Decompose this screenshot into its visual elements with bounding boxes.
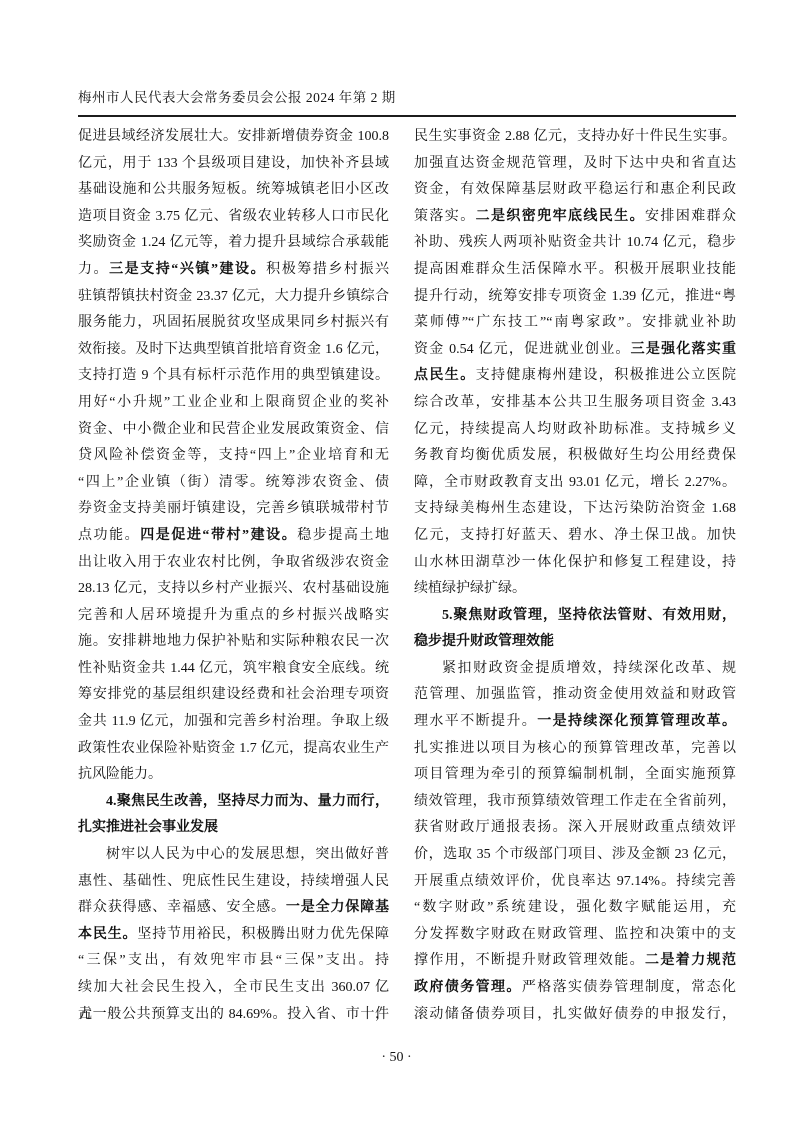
text-segment: 贷风险补偿资金等，支持“四上”企业培育和无	[78, 448, 389, 463]
text-line: 加强直达资金规范管理，及时下达中央和省直达	[414, 151, 736, 178]
text-segment: 力。	[78, 262, 109, 277]
text-segment: 惠性、基础性、兜底性民生建设，持续增强人民	[78, 874, 389, 889]
text-line: “四上”企业镇（街）清零。统筹涉农资金、债	[78, 470, 389, 497]
text-segment: 支持健康梅州建设，积极推进公立医院	[476, 368, 736, 383]
text-segment: 一是全力保障基	[286, 900, 389, 915]
text-segment: 群众获得感、幸福感、安全感。	[78, 900, 286, 915]
text-line: 4.聚焦民生改善，坚持尽力而为、量力而行，	[78, 789, 389, 816]
text-line: “数字财政”系统建设，强化数字赋能运用，充	[414, 895, 736, 922]
text-segment: 稳步提高土地	[297, 528, 389, 543]
text-segment: 扎实推进社会事业发展	[78, 820, 218, 835]
text-segment: 开展重点绩效评价，优良率达 97.14%。持续完善	[414, 874, 736, 889]
text-segment: 务教育均衡优质发展，积极做好生均公用经费保	[414, 448, 736, 463]
text-segment: 资金、中小微企业和民营企业发展政策资金、信	[78, 422, 389, 437]
page-header: 梅州市人民代表大会常务委员会公报 2024 年第 2 期	[78, 86, 736, 117]
document-page: 梅州市人民代表大会常务委员会公报 2024 年第 2 期 促进县域经济发展壮大。…	[0, 0, 793, 1122]
text-line: 力。三是支持“兴镇”建设。积极筹措乡村振兴	[78, 257, 389, 284]
text-line: “三保”支出，有效兜牢市县“三保”支出。持	[78, 948, 389, 975]
text-segment: 二是织密兜牢底线民生。	[476, 209, 645, 224]
text-segment: 绩效管理，我市预算绩效管理工作走在全省前列，	[414, 794, 736, 809]
text-line: 扎实推进以项目为核心的预算管理改革，完善以	[414, 736, 736, 763]
text-segment: 坚持节用裕民，积极腾出财力优先保障	[137, 927, 389, 942]
text-line: 综合改革，安排基本公共卫生服务项目资金 3.43	[414, 390, 736, 417]
text-segment: 政府债务管理。	[414, 980, 522, 995]
text-line: 提升行动，统筹安排专项资金 1.39 亿元，推进“粤	[414, 284, 736, 311]
text-segment: 积极筹措乡村振兴	[266, 262, 389, 277]
text-line: 资金 0.54 亿元，促进就业创业。三是强化落实重	[414, 337, 736, 364]
text-segment: 提高困难群众生活保障水平。积极开展职业技能	[414, 262, 736, 277]
text-line: 造项目资金 3.75 亿元、省级农业转移人口市民化	[78, 204, 389, 231]
text-line: 扎实推进社会事业发展	[78, 815, 389, 842]
text-line: 群众获得感、幸福感、安全感。一是全力保障基	[78, 895, 389, 922]
text-line: 完善和人居环境提升为重点的乡村振兴战略实	[78, 603, 389, 630]
page-footer: · 50 ·	[0, 1050, 793, 1066]
text-segment: 亿元，持续提高人均财政补助标准。支持城乡义	[414, 422, 736, 437]
text-segment: 二是着力规范	[645, 953, 736, 968]
text-line: 获省财政厅通报表扬。深入开展财政重点绩效评	[414, 815, 736, 842]
text-segment: 施。安排耕地地力保护补贴和实际种粮农民一次	[78, 634, 389, 649]
text-segment: 用好“小升规”工业企业和上限商贸企业的奖补	[78, 395, 389, 410]
text-line: 稳步提升财政管理效能	[414, 629, 736, 656]
text-segment: 障，全市财政教育支出 93.01 亿元，增长 2.27%。	[414, 475, 736, 490]
text-segment: 本民生。	[78, 927, 137, 942]
text-segment: “三保”支出，有效兜牢市县“三保”支出。持	[78, 953, 389, 968]
text-line: 券资金支持美丽圩镇建设，完善乡镇联城带村节	[78, 496, 389, 523]
text-line: 筹安排党的基层组织建设经费和社会治理专项资	[78, 682, 389, 709]
text-segment: 扎实推进以项目为核心的预算管理改革，完善以	[414, 741, 736, 756]
text-segment: 基础设施和公共服务短板。统筹城镇老旧小区改	[78, 182, 389, 197]
text-line: 促进县域经济发展壮大。安排新增债券资金 100.8	[78, 124, 389, 151]
text-segment: 滚动储备债券项目，扎实做好债券的申报发行，	[414, 1007, 736, 1022]
text-segment: 抗风险能力。	[78, 767, 162, 782]
text-line: 惠性、基础性、兜底性民生建设，持续增强人民	[78, 869, 389, 896]
text-line: 5.聚焦财政管理，坚持依法管财、有效用财，	[414, 603, 736, 630]
text-segment: 奖励资金 1.24 亿元等，着力提升县域综合承载能	[78, 235, 389, 250]
text-line: 点功能。四是促进“带村”建设。稳步提高土地	[78, 523, 389, 550]
left-column: 促进县域经济发展壮大。安排新增债券资金 100.8亿元，用于 133 个县级项目…	[78, 124, 389, 1028]
text-line: 效衔接。及时下达典型镇首批培育资金 1.6 亿元，	[78, 337, 389, 364]
text-line: 民生实事资金 2.88 亿元，支持办好十件民生实事。	[414, 124, 736, 151]
text-line: 障，全市财政教育支出 93.01 亿元，增长 2.27%。	[414, 470, 736, 497]
text-segment: 亿元，用于 133 个县级项目建设，加快补齐县域	[78, 156, 389, 171]
text-line: 施。安排耕地地力保护补贴和实际种粮农民一次	[78, 629, 389, 656]
text-segment: 促进县域经济发展壮大。安排新增债券资金 100.8	[78, 129, 389, 144]
text-segment: 28.13 亿元，支持以乡村产业振兴、农村基础设施	[78, 581, 389, 596]
text-segment: 点民生。	[414, 368, 476, 383]
text-line: 用好“小升规”工业企业和上限商贸企业的奖补	[78, 390, 389, 417]
text-line: 亿元，支持打好蓝天、碧水、净土保卫战。加快	[414, 523, 736, 550]
text-line: 资金，有效保障基层财政平稳运行和惠企利民政	[414, 177, 736, 204]
text-segment: 点功能。	[78, 528, 140, 543]
text-segment: 完善和人居环境提升为重点的乡村振兴战略实	[78, 608, 389, 623]
text-segment: “四上”企业镇（街）清零。统筹涉农资金、债	[78, 475, 389, 490]
right-column: 民生实事资金 2.88 亿元，支持办好十件民生实事。加强直达资金规范管理，及时下…	[414, 124, 736, 1028]
text-line: 务教育均衡优质发展，积极做好生均公用经费保	[414, 443, 736, 470]
text-line: 续加大社会民生投入，全市民生支出 360.07 亿元，	[78, 975, 389, 1002]
text-line: 点民生。支持健康梅州建设，积极推进公立医院	[414, 363, 736, 390]
header-rule	[78, 115, 736, 117]
text-segment: 性补贴资金共 1.44 亿元，筑牢粮食安全底线。统	[78, 661, 389, 676]
text-segment: “数字财政”系统建设，强化数字赋能运用，充	[414, 900, 736, 915]
text-line: 范管理、加强监管，推动资金使用效益和财政管	[414, 682, 736, 709]
text-line: 金共 11.9 亿元，加强和完善乡村治理。争取上级	[78, 709, 389, 736]
text-line: 28.13 亿元，支持以乡村产业振兴、农村基础设施	[78, 576, 389, 603]
text-segment: 策落实。	[414, 209, 476, 224]
text-line: 滚动储备债券项目，扎实做好债券的申报发行，	[414, 1002, 736, 1029]
text-line: 策落实。二是织密兜牢底线民生。安排困难群众	[414, 204, 736, 231]
text-segment: 范管理、加强监管，推动资金使用效益和财政管	[414, 687, 736, 702]
text-line: 支持绿美梅州生态建设，下达污染防治资金 1.68	[414, 496, 736, 523]
text-segment: 山水林田湖草沙一体化保护和修复工程建设，持	[414, 555, 736, 570]
text-segment: 获省财政厅通报表扬。深入开展财政重点绩效评	[414, 820, 736, 835]
text-segment: 项目管理为牵引的预算编制机制，全面实施预算	[414, 767, 736, 782]
text-line: 补助、残疾人两项补贴资金共计 10.74 亿元，稳步	[414, 230, 736, 257]
text-line: 紧扣财政资金提质增效，持续深化改革、规	[414, 656, 736, 683]
text-segment: 资金 0.54 亿元，促进就业创业。	[414, 342, 631, 357]
text-line: 基础设施和公共服务短板。统筹城镇老旧小区改	[78, 177, 389, 204]
text-line: 出让收入用于农业农村比例，争取省级涉农资金	[78, 550, 389, 577]
text-line: 价，选取 35 个市级部门项目、涉及金额 23 亿元，	[414, 842, 736, 869]
text-segment: 5.聚焦财政管理，坚持依法管财、有效用财，	[442, 608, 736, 623]
text-line: 续植绿护绿扩绿。	[414, 576, 736, 603]
text-line: 理水平不断提升。一是持续深化预算管理改革。	[414, 709, 736, 736]
text-line: 撑作用，不断提升财政管理效能。二是着力规范	[414, 948, 736, 975]
text-segment: 理水平不断提升。	[414, 714, 537, 729]
text-line: 提高困难群众生活保障水平。积极开展职业技能	[414, 257, 736, 284]
text-line: 政策性农业保险补贴资金 1.7 亿元，提高农业生产	[78, 736, 389, 763]
text-segment: 紧扣财政资金提质增效，持续深化改革、规	[442, 661, 736, 676]
text-segment: 出让收入用于农业农村比例，争取省级涉农资金	[78, 555, 389, 570]
text-line: 服务能力，巩固拓展脱贫攻坚成果同乡村振兴有	[78, 310, 389, 337]
text-segment: 三是强化落实重	[631, 342, 736, 357]
text-segment: 提升行动，统筹安排专项资金 1.39 亿元，推进“粤	[414, 289, 736, 304]
content-area: 促进县域经济发展壮大。安排新增债券资金 100.8亿元，用于 133 个县级项目…	[78, 124, 736, 1028]
text-line: 资金、中小微企业和民营企业发展政策资金、信	[78, 417, 389, 444]
text-segment: 树牢以人民为中心的发展思想，突出做好普	[106, 847, 389, 862]
text-line: 菜师傅”“广东技工”“南粤家政”。安排就业补助	[414, 310, 736, 337]
text-segment: 续植绿护绿扩绿。	[414, 581, 526, 596]
text-segment: 筹安排党的基层组织建设经费和社会治理专项资	[78, 687, 389, 702]
publication-title: 梅州市人民代表大会常务委员会公报 2024 年第 2 期	[78, 86, 736, 115]
text-segment: 4.聚焦民生改善，坚持尽力而为、量力而行，	[106, 794, 389, 809]
text-segment: 安排困难群众	[645, 209, 736, 224]
text-line: 占一般公共预算支出的 84.69%。投入省、市十件	[78, 1002, 389, 1029]
text-segment: 政策性农业保险补贴资金 1.7 亿元，提高农业生产	[78, 741, 389, 756]
text-line: 树牢以人民为中心的发展思想，突出做好普	[78, 842, 389, 869]
text-segment: 加强直达资金规范管理，及时下达中央和省直达	[414, 156, 736, 171]
text-segment: 服务能力，巩固拓展脱贫攻坚成果同乡村振兴有	[78, 315, 389, 330]
text-line: 开展重点绩效评价，优良率达 97.14%。持续完善	[414, 869, 736, 896]
text-line: 奖励资金 1.24 亿元等，着力提升县域综合承载能	[78, 230, 389, 257]
text-line: 性补贴资金共 1.44 亿元，筑牢粮食安全底线。统	[78, 656, 389, 683]
text-line: 支持打造 9 个具有标杆示范作用的典型镇建设。	[78, 363, 389, 390]
text-segment: 撑作用，不断提升财政管理效能。	[414, 953, 645, 968]
text-segment: 支持绿美梅州生态建设，下达污染防治资金 1.68	[414, 501, 736, 516]
text-line: 亿元，用于 133 个县级项目建设，加快补齐县域	[78, 151, 389, 178]
text-segment: 民生实事资金 2.88 亿元，支持办好十件民生实事。	[414, 129, 736, 144]
text-line: 亿元，持续提高人均财政补助标准。支持城乡义	[414, 417, 736, 444]
text-line: 政府债务管理。严格落实债券管理制度，常态化	[414, 975, 736, 1002]
text-line: 分发挥数字财政在财政管理、监控和决策中的支	[414, 922, 736, 949]
text-segment: 支持打造 9 个具有标杆示范作用的典型镇建设。	[78, 368, 389, 383]
text-segment: 券资金支持美丽圩镇建设，完善乡镇联城带村节	[78, 501, 389, 516]
text-segment: 占一般公共预算支出的 84.69%。投入省、市十件	[78, 1007, 389, 1022]
text-segment: 一是持续深化预算管理改革。	[537, 714, 736, 729]
text-segment: 资金，有效保障基层财政平稳运行和惠企利民政	[414, 182, 736, 197]
page-number: · 50 ·	[381, 1050, 411, 1065]
text-segment: 价，选取 35 个市级部门项目、涉及金额 23 亿元，	[414, 847, 736, 862]
text-line: 贷风险补偿资金等，支持“四上”企业培育和无	[78, 443, 389, 470]
text-line: 本民生。坚持节用裕民，积极腾出财力优先保障	[78, 922, 389, 949]
text-segment: 造项目资金 3.75 亿元、省级农业转移人口市民化	[78, 209, 389, 224]
text-line: 驻镇帮镇扶村资金 23.37 亿元，大力提升乡镇综合	[78, 284, 389, 311]
text-segment: 亿元，支持打好蓝天、碧水、净土保卫战。加快	[414, 528, 736, 543]
text-line: 山水林田湖草沙一体化保护和修复工程建设，持	[414, 550, 736, 577]
text-segment: 菜师傅”“广东技工”“南粤家政”。安排就业补助	[414, 315, 736, 330]
text-line: 项目管理为牵引的预算编制机制，全面实施预算	[414, 762, 736, 789]
text-segment: 补助、残疾人两项补贴资金共计 10.74 亿元，稳步	[414, 235, 736, 250]
text-segment: 驻镇帮镇扶村资金 23.37 亿元，大力提升乡镇综合	[78, 289, 389, 304]
text-segment: 综合改革，安排基本公共卫生服务项目资金 3.43	[414, 395, 736, 410]
text-line: 绩效管理，我市预算绩效管理工作走在全省前列，	[414, 789, 736, 816]
text-segment: 三是支持“兴镇”建设。	[109, 262, 266, 277]
text-segment: 分发挥数字财政在财政管理、监控和决策中的支	[414, 927, 736, 942]
text-segment: 效衔接。及时下达典型镇首批培育资金 1.6 亿元，	[78, 342, 389, 357]
text-segment: 金共 11.9 亿元，加强和完善乡村治理。争取上级	[78, 714, 389, 729]
text-line: 抗风险能力。	[78, 762, 389, 789]
text-segment: 稳步提升财政管理效能	[414, 634, 554, 649]
text-segment: 严格落实债券管理制度，常态化	[522, 980, 736, 995]
text-segment: 四是促进“带村”建设。	[140, 528, 297, 543]
